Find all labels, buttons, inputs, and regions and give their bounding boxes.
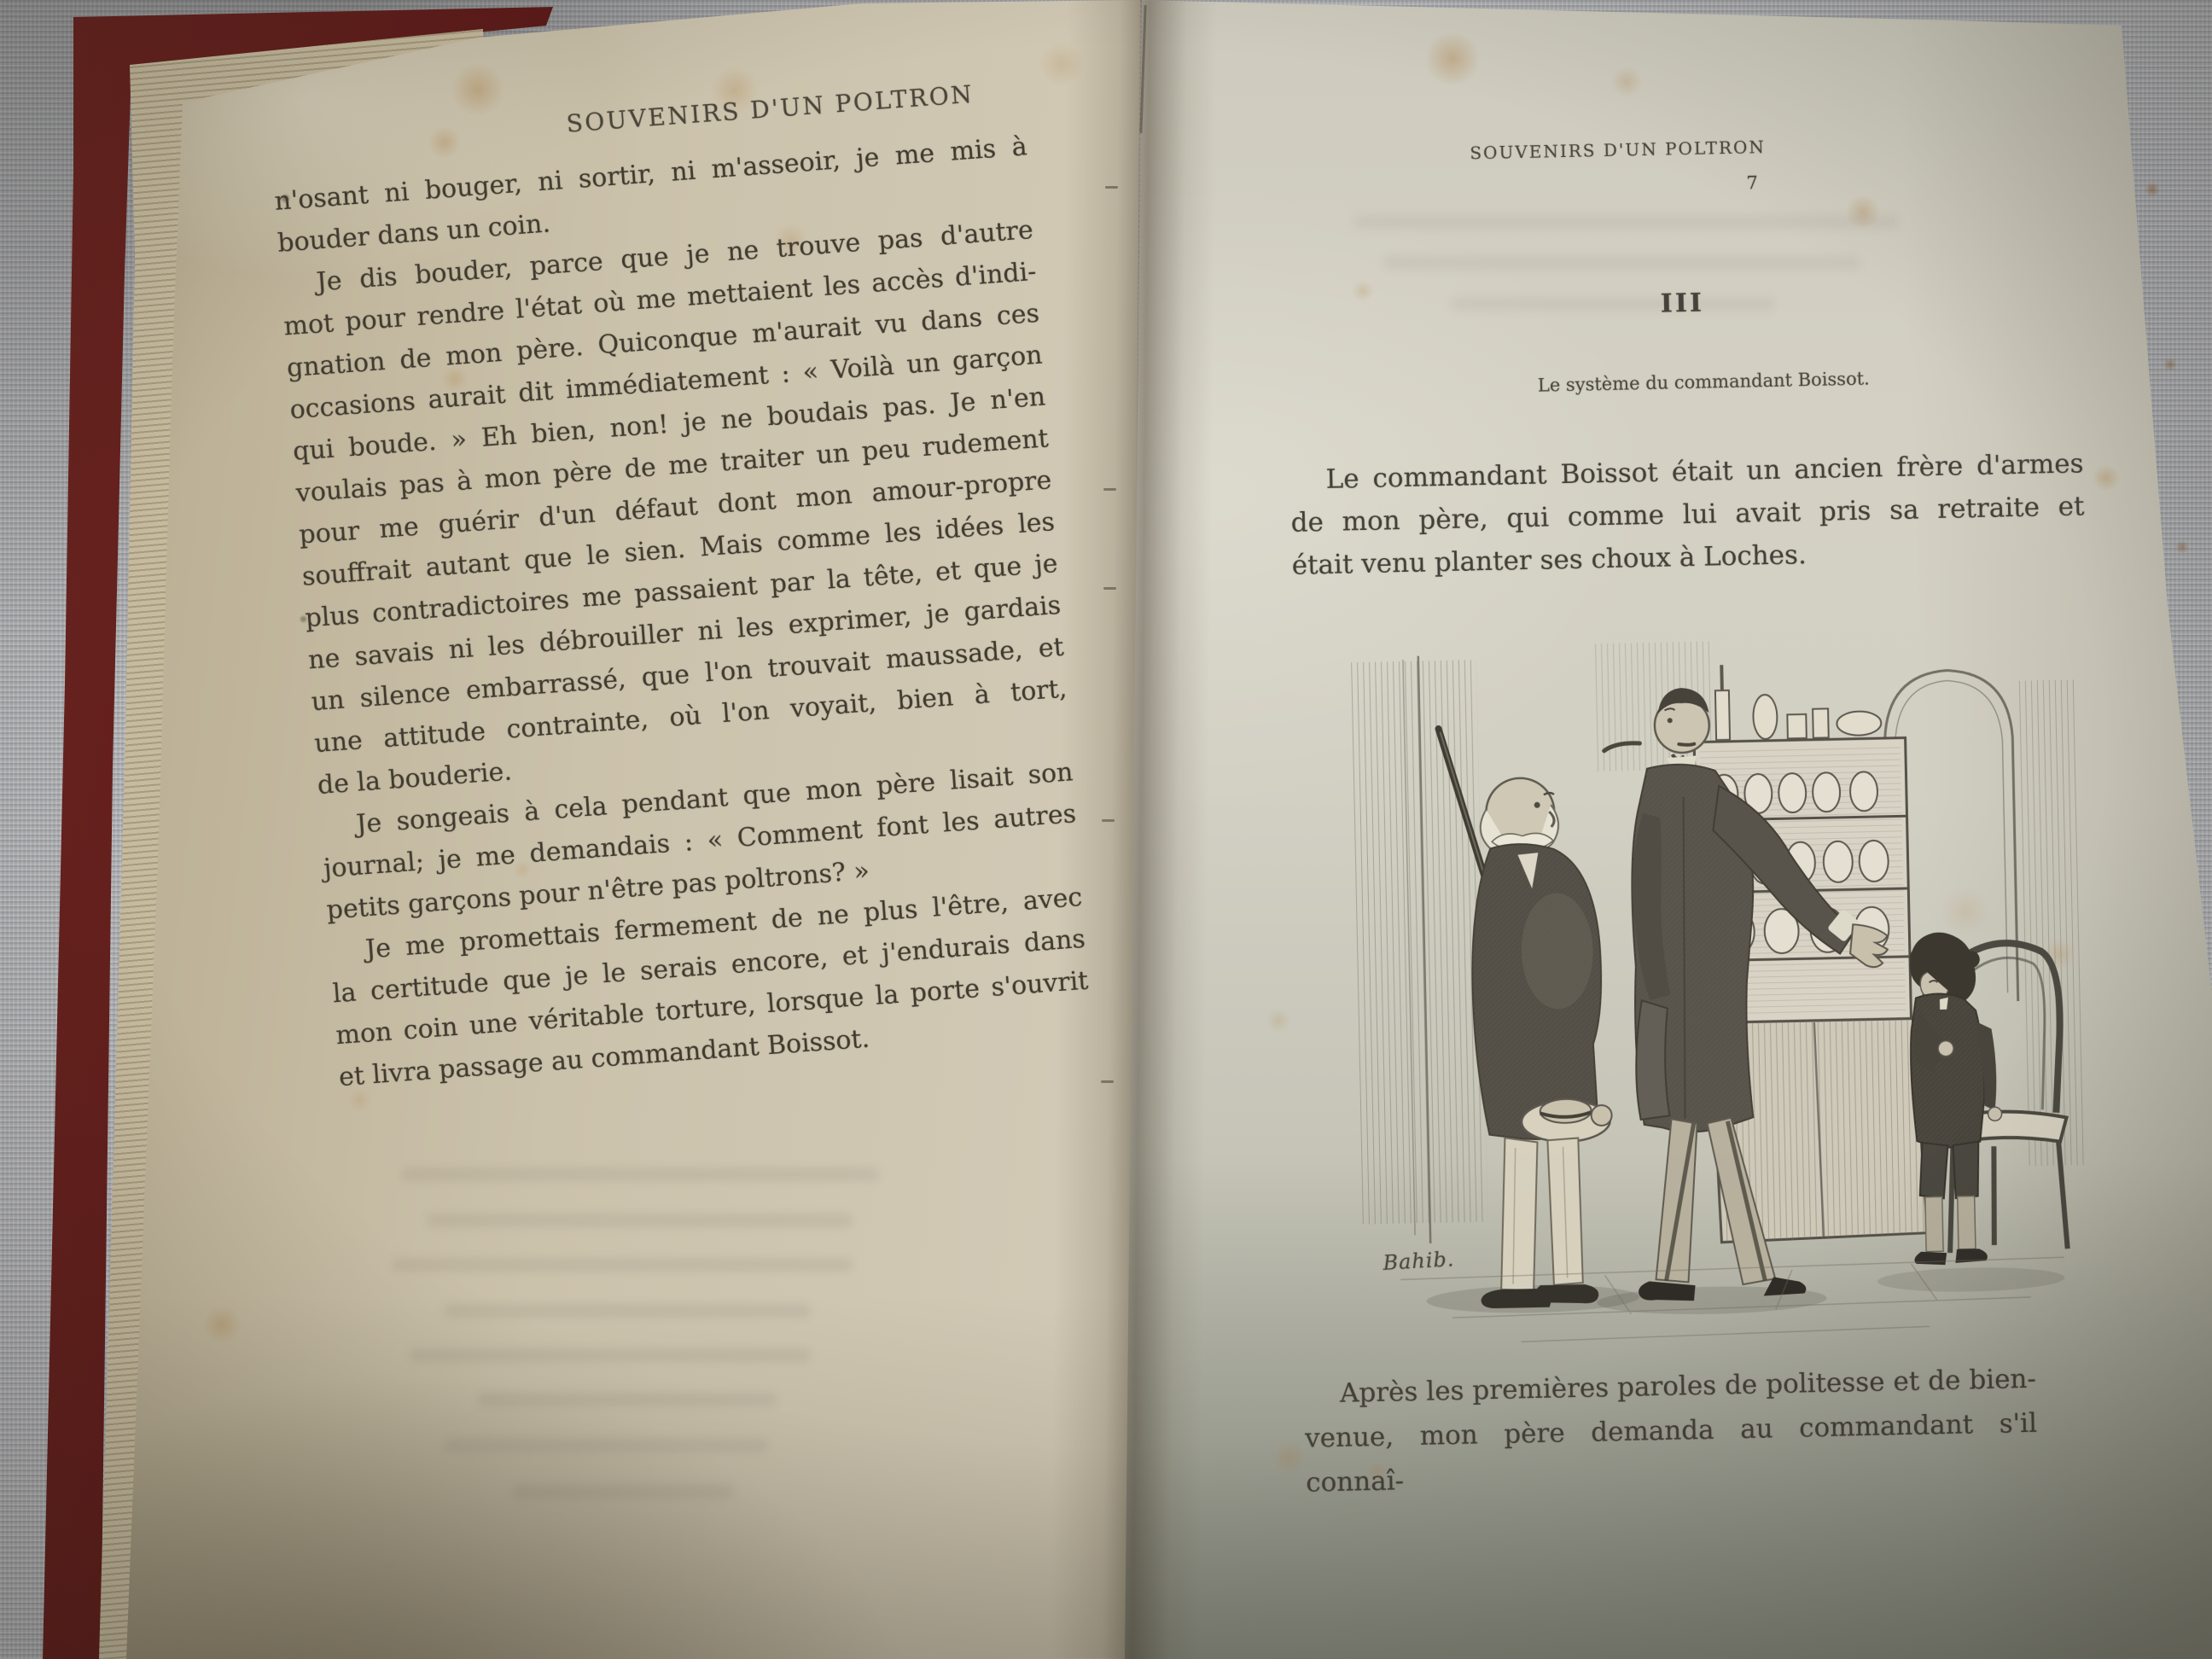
show-through-line [478,1393,777,1406]
stitch-mark [1101,1080,1114,1083]
page-number: 7 [1746,172,1758,193]
foxing-spot [1609,67,1644,97]
photo: SOUVENIRS D'UN POLTRON n'osant ni bouger… [0,0,2212,1659]
foxing-spot [1421,32,1484,85]
right-page-text: SOUVENIRS D'UN POLTRON 7 III Le système … [1278,111,2111,1629]
stitch-mark [1103,587,1116,590]
stitch-mark [1105,186,1118,189]
chapter-title: Le système du commandant Boissot. [1283,364,2085,401]
paragraph: Après les premières paroles de politesse… [1304,1357,2039,1505]
engraver-signature: Bahib. [1382,1247,1455,1275]
body-line: venue, mon père demanda au commandant s'… [1305,1401,2039,1505]
show-through-line [444,1304,811,1318]
foxing-spot [448,64,508,115]
foxing-spot [2144,183,2161,196]
engraving-svg: Bahib. [1336,633,2101,1355]
stitch-mark [1103,488,1116,491]
foxing-spot [201,1306,243,1343]
paragraph: Le commandant Boissot était un ancien fr… [1289,442,2086,586]
foxing-spot [2174,541,2190,553]
left-page-body: n'osant ni bouger, ni sortir, ni m'asseo… [273,125,1093,1098]
foxing-spot [1037,43,1086,85]
show-through-line [401,1167,879,1181]
left-page-text: SOUVENIRS D'UN POLTRON n'osant ni bouger… [273,125,1093,1098]
chapter-number: III [1281,280,2084,327]
foxing-spot [2163,358,2178,370]
foxing-spot [1265,1009,1292,1033]
foxing-spot [2091,465,2122,491]
stitch-mark [1102,819,1115,822]
show-through-line [410,1348,811,1362]
engraving-illustration: Bahib. [1336,633,2101,1355]
show-through-line [393,1258,853,1272]
running-header: SOUVENIRS D'UN POLTRON [1278,130,2080,167]
show-through-line [427,1214,853,1227]
show-through-line [512,1485,734,1499]
show-through-line [444,1439,768,1452]
foxing-spot [1270,1441,1309,1475]
